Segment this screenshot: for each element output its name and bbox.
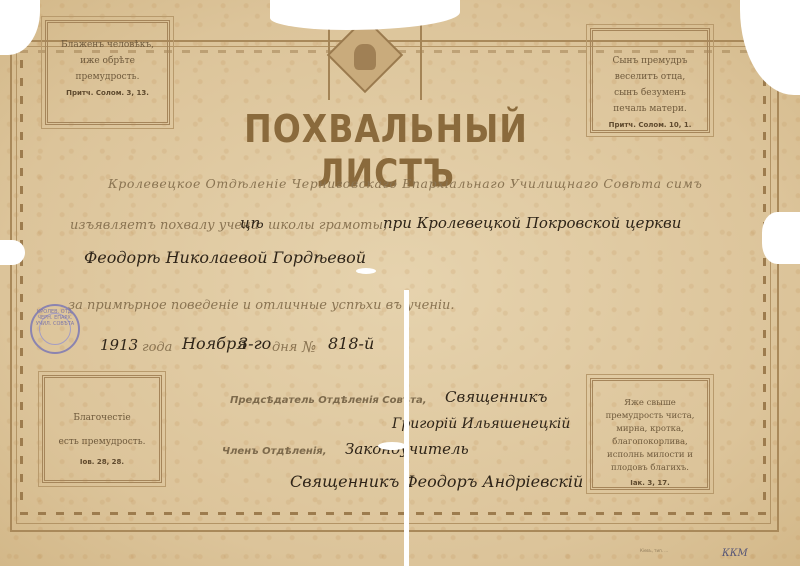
body-line-2-printed-a: изъявляетъ похвалу учени [70,218,259,233]
fold-tear-center [404,290,409,566]
quote-line: веселитъ отца, [593,69,707,85]
date-year-label: года [142,340,172,355]
quote-line: благопокорлива, [593,436,707,449]
quote-line: есть премудрость. [45,430,159,454]
number-sign: № [302,338,316,356]
member-name-handwritten: Священникъ Феодоръ Андріевскій [290,472,583,491]
member-label: Членъ Отдѣленія, [222,446,327,457]
quote-line: иже обрѣте [48,53,167,69]
quote-line: Яже свыше [593,397,707,410]
quote-line: исполнь милости и [593,449,707,462]
quote-box-top-left: Блаженъ человѣкъ, иже обрѣте премудрость… [45,20,170,125]
official-seal-stamp: КРОЛЕВ. ОТД. ЧЕРН. ЕПАРХ. УЧИЛ. СОВѢТА [30,304,80,354]
madonna-figure-icon [354,44,376,70]
quote-reference: Притч. Солом. 3, 13. [48,89,167,97]
quote-line: Блаженъ человѣкъ, [48,37,167,53]
fold-tear-cross [378,442,406,450]
quote-line: сынъ безуменъ [593,85,707,101]
torn-area-right [762,212,800,264]
left-pillar-ornament [328,20,330,100]
student-name: Феодорѣ Николаевой Гордѣевой [84,248,366,267]
right-ornament-band [763,60,766,510]
quote-line: плодовъ благихъ. [593,462,707,475]
fold-hole [356,268,376,274]
body-line-2-handwritten: при Кролевецкой Покровской церкви [383,214,681,232]
left-ornament-band [20,60,23,510]
quote-line: мирна, кротка, [593,423,707,436]
chairman-label: Предсѣдатель Отдѣленія Совѣта, [230,395,427,406]
quote-reference: Притч. Солом. 10, 1. [593,121,707,129]
quote-reference: Іов. 28, 28. [45,458,159,466]
right-pillar-ornament [420,20,422,100]
certificate-number: 818-й [328,334,374,353]
seal-text: КРОЛЕВ. ОТД. ЧЕРН. ЕПАРХ. УЧИЛ. СОВѢТА [32,309,78,327]
quote-line: Благочестіе [45,406,159,430]
date-day-label: дня [272,340,297,355]
body-line-2-handwritten-suffix: цѣ [240,214,264,232]
quote-line: премудрость чиста, [593,410,707,423]
quote-line: премудрость. [48,69,167,85]
quote-line: Сынъ премудръ [593,53,707,69]
quote-line: печаль матери. [593,101,707,117]
archive-mark: ККМ [722,548,748,559]
quote-reference: Іак. 3, 17. [593,479,707,487]
bottom-ornament-band [20,512,768,515]
chairman-title-handwritten: Священникъ [445,388,547,406]
quote-box-bottom-right: Яже свыше премудрость чиста, мирна, крот… [590,378,710,490]
printer-imprint: Кіевъ, тип. ... [640,548,668,553]
body-line-4: за примѣрное поведеніе и отличные успѣхи… [68,298,455,313]
torn-area-left [0,240,25,265]
body-line-2-printed-b: школы грамоты, [268,218,387,233]
date-day: 3-го [238,334,271,353]
chairman-name-handwritten: Григорій Ильяшенецкій [392,416,570,432]
quote-box-bottom-left: Благочестіе есть премудрость. Іов. 28, 2… [42,375,162,483]
body-line-1: Кролевецкое Отдѣленіе Черниговскаго Епар… [108,176,702,191]
quote-box-top-right: Сынъ премудръ веселитъ отца, сынъ безуме… [590,28,710,133]
date-year: 1913 [100,336,138,354]
